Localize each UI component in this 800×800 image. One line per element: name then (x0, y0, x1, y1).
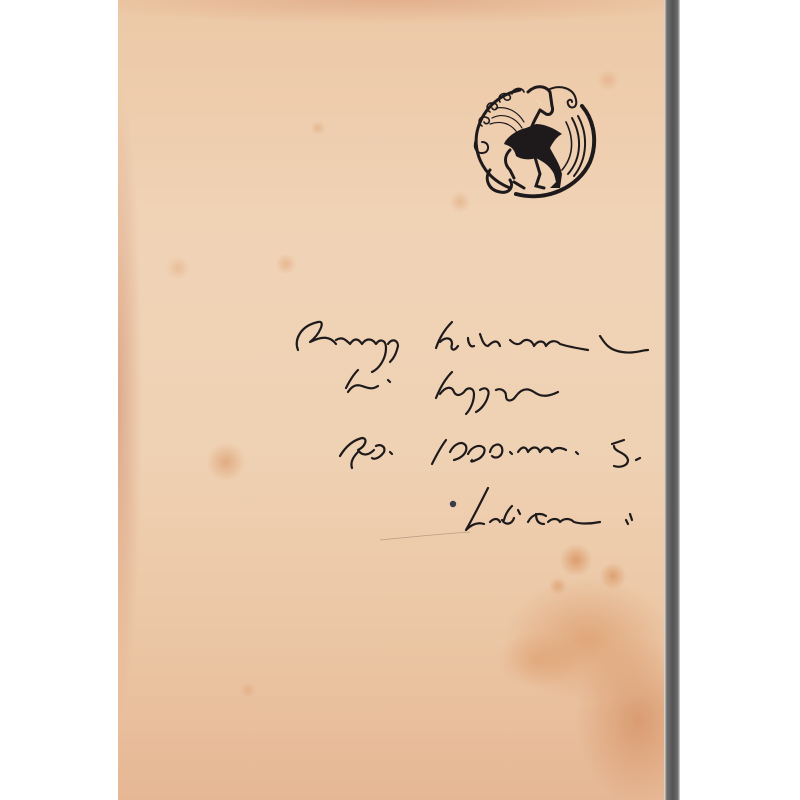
inscription-line-2 (346, 370, 558, 414)
ink-spot (450, 501, 456, 507)
inscription-signature (466, 488, 632, 530)
inscription-line-1 (297, 322, 648, 372)
handwritten-inscription (0, 0, 800, 800)
inscription-line-3 (340, 438, 640, 468)
